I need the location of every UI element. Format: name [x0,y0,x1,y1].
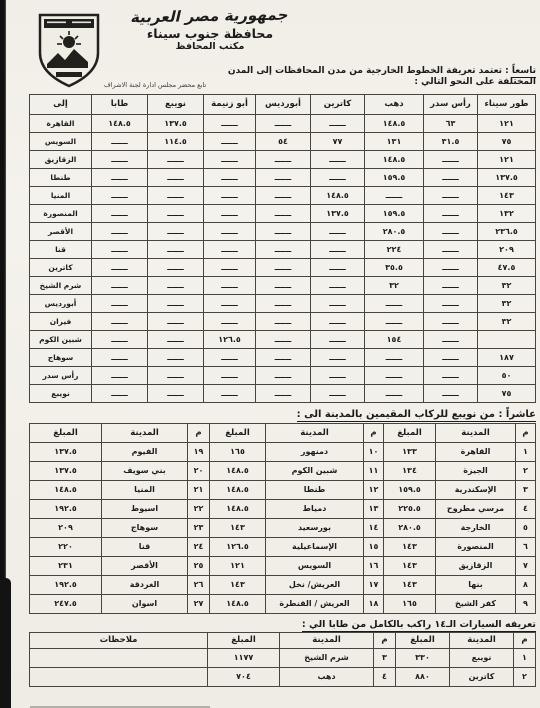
table-cell: ــــــ [148,240,204,258]
table-cell: المنصورة [30,204,92,222]
table-row: ٣الإسكندرية١٥٩.٥١٢طنطا١٤٨.٥٢١المنيا١٤٨.٥ [30,480,536,499]
table-cell: ٣٢ [478,294,536,312]
column-header: المدينة [102,423,188,442]
section-nine-label: تاسعاً [512,66,536,78]
table-cell: ــــــ [204,312,256,330]
table-cell: ١١ [364,461,384,480]
table-cell: ٨٨٠ [396,667,450,686]
table-cell: ــــــ [365,186,424,204]
table-cell: ٥٤ [256,132,311,150]
column-header: المدينة [280,632,374,648]
table-cell: ــــــ [256,384,311,402]
table-cell: ٢٤ [188,537,210,556]
table-cell: ١ [514,648,536,667]
table-cell: ٢٢ [188,499,210,518]
column-header: كاترين [311,94,365,114]
column-header: المبلغ [384,423,436,442]
table-cell: ١٤٨.٥ [210,499,266,518]
table-row: ٧٥٣١.٥١٣١٧٧٥٤ــــــ١١٤.٥ــــــالسويس [30,132,536,150]
table-cell: ــــــ [204,222,256,240]
table-cell: ٢٢٥.٥ [384,499,436,518]
table-cell: ــــــ [256,294,311,312]
table-cell: ١٢١ [210,556,266,575]
table-cell: كفر الشيخ [436,594,516,613]
table-cell: ــــــ [92,132,148,150]
table-cell: ٢٥ [188,556,210,575]
table-cell: الزقازيق [30,150,92,168]
table-cell: ــــــ [148,258,204,276]
table-cell: ــــــ [204,150,256,168]
column-header: إلى [30,94,92,114]
table-cell: الإسماعيلية [266,537,364,556]
table-cell: ١٢٦.٥ [210,537,266,556]
column-header: م [514,632,536,648]
table-cell: ٧٥ [478,384,536,402]
table-cell: ٣ [374,648,396,667]
section-ten-heading-text: عاشراً : من نويبع للركاب المقيمين بالمدي… [297,409,536,422]
table-cell: ١١٤.٥ [148,132,204,150]
table-cell: ٩ [516,594,536,613]
table-cell: الخارجة [436,518,516,537]
table-cell: ١٤٨.٥ [365,150,424,168]
table-cell: ٣ [516,480,536,499]
column-header: م [364,423,384,442]
table-cell: ١٣٧.٥ [148,114,204,132]
section-ten-heading: عاشراً : من نويبع للركاب المقيمين بالمدي… [0,409,536,420]
table-cell: الإسكندرية [436,480,516,499]
table-row: ١نويبع٣٣٠٣شرم الشيخ١١٧٧ [30,648,536,667]
table-cell [30,667,208,686]
table-cell: ــــــ [148,150,204,168]
republic-title: جمهورية مصر العربية [93,6,328,27]
table-cell: دمنهور [266,442,364,461]
table-cell: الغردقة [102,575,188,594]
table-cell: ــــــ [256,330,311,348]
table-cell: سوهاج [102,518,188,537]
table-cell: ــــــ [92,348,148,366]
table-cell: ــــــ [204,240,256,258]
table-cell: ــــــ [424,204,478,222]
table-cell: ــــــ [256,150,311,168]
table-cell: ــــــ [256,258,311,276]
table-row: ٣٢ــــــــــــــــــــــــــــــــــــــ… [30,294,536,312]
table-cell: مرسي مطروح [436,499,516,518]
table-cell: ١٤٣ [478,186,536,204]
table-cell: المنصورة [436,537,516,556]
column-header: م [516,423,536,442]
table-cell: ــــــ [204,204,256,222]
table-cell: ١٥٩.٥ [384,480,436,499]
table-cell: ١٥٤ [365,330,424,348]
table-cell: ١٣ [364,499,384,518]
table-row: ــــــ١٥٤ــــــــــــ١٢٦.٥ــــــــــــشب… [30,330,536,348]
table-cell: ١٢١ [478,150,536,168]
table-cell: ٣٣٠ [396,648,450,667]
table-cell: ١٣٧.٥ [311,204,365,222]
table-row: ١القاهرة١٣٣١٠دمنهور١٦٥١٩الفيوم١٣٧.٥ [30,442,536,461]
table-cell: ــــــ [365,294,424,312]
table-cell: القاهرة [436,442,516,461]
table-cell: ١٤٨.٥ [365,114,424,132]
table-cell: نويبع [450,648,514,667]
table-cell: ــــــ [92,222,148,240]
table-cell: ــــــ [256,276,311,294]
table-cell: ــــــ [424,186,478,204]
table-cell: ١٤٨.٥ [210,594,266,613]
table-cell: ــــــ [256,312,311,330]
table-cell: الجيزة [436,461,516,480]
table-cell: ١٥٩.٥ [365,168,424,186]
table-cell: ٣١.٥ [424,132,478,150]
table-row: ٢٠٩ــــــ٢٢٤ــــــــــــــــــــــــــــ… [30,240,536,258]
table-cell: ٢٢٤ [365,240,424,258]
table-cell: ــــــ [204,276,256,294]
table-cell: ٥٠ [478,366,536,384]
document-header: جمهورية مصر العربية محافظة جنوب سيناء مك… [0,0,540,60]
table-cell: ١٤٨.٥ [210,480,266,499]
table-cell: ١٤٣ [384,556,436,575]
table-cell: ١٦٥ [210,442,266,461]
table-cell: ــــــ [204,294,256,312]
table-cell: ٦٣ [424,114,478,132]
table-cell: ١٠ [364,442,384,461]
column-header: أبو زنيمة [204,94,256,114]
table-cell: ــــــ [365,348,424,366]
column-header: المبلغ [396,632,450,648]
table-row: ٢كاترين٨٨٠٤دهب٧٠٤ [30,667,536,686]
column-header: المبلغ [30,423,102,442]
table-cell: ــــــ [148,348,204,366]
table-cell: رأس سدر [30,366,92,384]
table-cell: ــــــ [92,240,148,258]
table-row: ٩كفر الشيخ١٦٥١٨العريش / القنطرة١٤٨.٥٢٧اس… [30,594,536,613]
table-cell: بني سويف [102,461,188,480]
header-titles: جمهورية مصر العربية محافظة جنوب سيناء مك… [95,8,325,52]
table-cell: ٢٦ [188,575,210,594]
table-cell: ــــــ [311,276,365,294]
table-cell: السويس [30,132,92,150]
table-cell: ٢١ [188,480,210,499]
column-header: طابا [92,94,148,114]
table-cell: ــــــ [256,222,311,240]
cars-tariff-heading: تعريفه السيارات الـ١٤ راكب بالكامل من طا… [0,619,536,630]
table-cell: ١٤ [364,518,384,537]
table-cell: ٣٢ [478,312,536,330]
table-cell: ٢٢٠ [30,537,102,556]
table-header-row: مالمدينةالمبلغمالمدينةالمبلغمالمدينةالمب… [30,423,536,442]
table-cell: ٢٣٦.٥ [478,222,536,240]
table-cell: ــــــ [311,240,365,258]
table-cell: الأقصر [30,222,92,240]
column-header: المدينة [266,423,364,442]
table-cell: ٢٨٠.٥ [384,518,436,537]
table-cell: ــــــ [92,186,148,204]
table-cell: ١٩ [188,442,210,461]
table-row: ٤مرسي مطروح٢٢٥.٥١٣دمياط١٤٨.٥٢٢اسيوط١٩٢.٥ [30,499,536,518]
table-cell: ــــــ [311,348,365,366]
table-cell: ٢٤٧.٥ [30,594,102,613]
table-cell: ــــــ [424,294,478,312]
table-cell: شرم الشيخ [30,276,92,294]
table-cell: دهب [280,667,374,686]
external-lines-tariff-table: طور سيناءرأس سدردهبكاترينأبورديسأبو زنيم… [29,94,536,403]
table-cell: ــــــ [256,114,311,132]
table-cell: ١٤٨.٥ [311,186,365,204]
table-cell: كاترين [450,667,514,686]
table-cell: ــــــ [204,114,256,132]
scan-corner-artifact [0,578,11,708]
column-header: المبلغ [210,423,266,442]
table-cell: المنيا [102,480,188,499]
table-cell: قنا [30,240,92,258]
table-cell: كاترين [30,258,92,276]
side-note: تابع محضر مجلس ادارة لجنة الاشراف [104,81,206,89]
table-cell: ٧٥ [478,132,536,150]
table-cell: اسيوط [102,499,188,518]
table-cell: ــــــ [424,150,478,168]
table-cell: ــــــ [204,258,256,276]
table-cell: ــــــ [424,366,478,384]
table-cell: ١٤٣ [384,575,436,594]
table-row: ١٢١ــــــ١٤٨.٥ــــــــــــــــــــــــــ… [30,150,536,168]
column-header: م [188,423,210,442]
table-cell: اسوان [102,594,188,613]
table-row: ٧٥ــــــــــــــــــــــــــــــــــــــ… [30,384,536,402]
table-cell: ــــــ [92,258,148,276]
table-cell: ٢٧ [188,594,210,613]
table-cell: ٤ [516,499,536,518]
table-cell: ١٣٢ [478,204,536,222]
table-cell: ــــــ [148,204,204,222]
table-row: ١٤٣ــــــــــــ١٤٨.٥ــــــــــــــــــــ… [30,186,536,204]
table-cell: ــــــ [424,258,478,276]
column-header: رأس سدر [424,94,478,114]
table-cell: ــــــ [311,330,365,348]
table-cell: ١٤٨.٥ [92,114,148,132]
table-cell: القاهرة [30,114,92,132]
table-cell: ١٤٨.٥ [210,461,266,480]
table-cell: ٤ [374,667,396,686]
table-cell: ــــــ [424,276,478,294]
table-cell: ١٢ [364,480,384,499]
table-cell: ٢٠٩ [30,518,102,537]
table-cell: ــــــ [148,294,204,312]
table-row: ٣٢ــــــــــــــــــــــــــــــــــــــ… [30,312,536,330]
table-cell: سوهاج [30,348,92,366]
table-cell: ١٩٢.٥ [30,499,102,518]
table-cell [30,648,208,667]
table-cell: ١٤٣ [384,537,436,556]
table-cell: الأقصر [102,556,188,575]
table-cell: ــــــ [311,114,365,132]
table-cell: ١٥ [364,537,384,556]
table-cell: شبين الكوم [266,461,364,480]
table-cell: ــــــ [311,294,365,312]
table-cell: ١١٧٧ [208,648,280,667]
table-row: ٦المنصورة١٤٣١٥الإسماعيلية١٢٦.٥٢٤قنا٢٢٠ [30,537,536,556]
table-cell: ــــــ [311,366,365,384]
table-cell: ٣٢ [478,276,536,294]
table-row: ٧الزقازيق١٤٣١٦السويس١٢١٢٥الأقصر٢٣١ [30,556,536,575]
table-cell: ١٥٩.٥ [365,204,424,222]
table-row: ١٨٧ـــــــــــــــــــــــــــــــــــــ… [30,348,536,366]
table-cell: ــــــ [204,348,256,366]
table-cell: ــــــ [92,312,148,330]
table-cell: ٢٣ [188,518,210,537]
table-cell: ٤٧.٥ [478,258,536,276]
table-cell: ــــــ [92,276,148,294]
column-header: المبلغ [208,632,280,648]
table-cell: ــــــ [92,294,148,312]
table-cell: ٢٣١ [30,556,102,575]
table-cell: ٣٥.٥ [365,258,424,276]
table-cell: أبورديس [30,294,92,312]
table-cell: شبين الكوم [30,330,92,348]
table-cell: ــــــ [424,330,478,348]
table-cell: ــــــ [311,384,365,402]
table-cell: ١٣٧.٥ [30,461,102,480]
table-header-row: مالمدينةالمبلغمالمدينةالمبلغملاحظات [30,632,536,648]
table-cell: ــــــ [148,384,204,402]
table-cell: ــــــ [92,330,148,348]
taba-cars-tariff-table: مالمدينةالمبلغمالمدينةالمبلغملاحظات ١نوي… [29,632,536,687]
table-cell: ــــــ [92,384,148,402]
table-cell: ٢٠ [188,461,210,480]
table-cell: ٨ [516,575,536,594]
table-row: ٥٠ــــــــــــــــــــــــــــــــــــــ… [30,366,536,384]
scanned-document-page: جمهورية مصر العربية محافظة جنوب سيناء مك… [0,0,540,708]
table-cell: ١٤٨.٥ [30,480,102,499]
table-cell: ــــــ [92,150,148,168]
column-header: المدينة [436,423,516,442]
table-row: ٤٧.٥ــــــ٣٥.٥ــــــــــــــــــــــــــ… [30,258,536,276]
table-cell: طنطا [266,480,364,499]
table-cell: ١٣٧.٥ [478,168,536,186]
table-cell [478,330,536,348]
table-row: ٢الجيزة١٣٤١١شبين الكوم١٤٨.٥٢٠بني سويف١٣٧… [30,461,536,480]
table-cell: ــــــ [148,312,204,330]
table-cell: بورسعيد [266,518,364,537]
table-cell: ١٤٣ [210,518,266,537]
table-header-row: طور سيناءرأس سدردهبكاترينأبورديسأبو زنيم… [30,94,536,114]
table-cell: ٧٠٤ [208,667,280,686]
table-cell: ١٦٥ [384,594,436,613]
table-cell: ــــــ [204,384,256,402]
column-header: ملاحظات [30,632,208,648]
table-cell: ٢ [516,461,536,480]
section-nine-heading: تاسعاً : تعتمد تعريفة الخطوط الخارجية من… [206,66,536,89]
table-cell: ــــــ [365,384,424,402]
table-cell: ١٣١ [365,132,424,150]
table-cell: ١٩٢.٥ [30,575,102,594]
table-cell: ٧ [516,556,536,575]
table-cell: ــــــ [204,366,256,384]
column-header: طور سيناء [478,94,536,114]
table-cell: ــــــ [92,168,148,186]
table-cell: ــــــ [311,168,365,186]
table-cell: ــــــ [311,258,365,276]
table-cell: ١٣٧.٥ [30,442,102,461]
table-cell: ــــــ [92,366,148,384]
table-cell: ــــــ [148,186,204,204]
table-cell: فيران [30,312,92,330]
table-cell: العريش / القنطرة [266,594,364,613]
table-cell: ٦ [516,537,536,556]
table-cell: ــــــ [311,150,365,168]
table-cell: ــــــ [92,204,148,222]
table-cell: ١٧ [364,575,384,594]
table-cell: شرم الشيخ [280,648,374,667]
table-cell: ــــــ [256,186,311,204]
table-row: ١٣٧.٥ــــــ١٥٩.٥ــــــــــــــــــــــــ… [30,168,536,186]
section-nine-text: : تعتمد تعريفة الخطوط الخارجية من مدن ال… [228,66,536,87]
table-cell: ــــــ [204,186,256,204]
table-row: ١٣٢ــــــ١٥٩.٥١٣٧.٥ـــــــــــــــــــــ… [30,204,536,222]
cars-tariff-heading-text: تعريفه السيارات الـ١٤ راكب بالكامل من طا… [302,619,536,632]
table-cell: نويبع [30,384,92,402]
table-row: ٨بنها١٤٣١٧العريش/ نخل١٤٣٢٦الغردقة١٩٢.٥ [30,575,536,594]
table-cell: ــــــ [148,366,204,384]
table-cell: ــــــ [256,366,311,384]
table-cell: ١٤٣ [210,575,266,594]
column-header: م [374,632,396,648]
table-cell: ٥ [516,518,536,537]
table-cell: ١٢١ [478,114,536,132]
nuweiba-residents-tariff-table: مالمدينةالمبلغمالمدينةالمبلغمالمدينةالمب… [29,423,536,614]
column-header: أبورديس [256,94,311,114]
table-cell: دمياط [266,499,364,518]
table-cell: الزقازيق [436,556,516,575]
column-header: نويبع [148,94,204,114]
governorate-title: محافظة جنوب سيناء [95,27,325,41]
table-cell: ــــــ [256,168,311,186]
table-cell: العريش/ نخل [266,575,364,594]
table-cell: ــــــ [424,384,478,402]
table-row: ٥الخارجة٢٨٠.٥١٤بورسعيد١٤٣٢٣سوهاج٢٠٩ [30,518,536,537]
table-cell: ٢٠٩ [478,240,536,258]
table-cell: السويس [266,556,364,575]
table-cell: ١٨ [364,594,384,613]
table-cell: ــــــ [148,330,204,348]
table-cell: ــــــ [424,222,478,240]
table-cell: ٢ [514,667,536,686]
table-cell: ــــــ [204,132,256,150]
table-cell: ٧٧ [311,132,365,150]
table-cell: ٢٨٠.٥ [365,222,424,240]
table-cell: ــــــ [256,348,311,366]
table-cell: طنطا [30,168,92,186]
table-cell: الفيوم [102,442,188,461]
table-cell: ــــــ [311,312,365,330]
table-cell: ــــــ [424,348,478,366]
table-cell: بنها [436,575,516,594]
office-title: مكتب المحافظ [95,41,325,52]
table-row: ٢٣٦.٥ــــــ٢٨٠.٥ــــــــــــــــــــــــ… [30,222,536,240]
table-cell: ــــــ [256,204,311,222]
table-cell: ١٦ [364,556,384,575]
table-cell: ــــــ [148,168,204,186]
table-cell: المنيا [30,186,92,204]
table-cell: ــــــ [256,240,311,258]
table-cell: ١٣٤ [384,461,436,480]
table-cell: ــــــ [148,222,204,240]
table-cell: ــــــ [148,276,204,294]
table-cell: ١ [516,442,536,461]
table-row: ٣٢ــــــ٣٢ــــــــــــــــــــــــــــــ… [30,276,536,294]
table-row: ١٢١٦٣١٤٨.٥ــــــــــــــــــ١٣٧.٥١٤٨.٥ال… [30,114,536,132]
column-header: دهب [365,94,424,114]
table-cell: قنا [102,537,188,556]
